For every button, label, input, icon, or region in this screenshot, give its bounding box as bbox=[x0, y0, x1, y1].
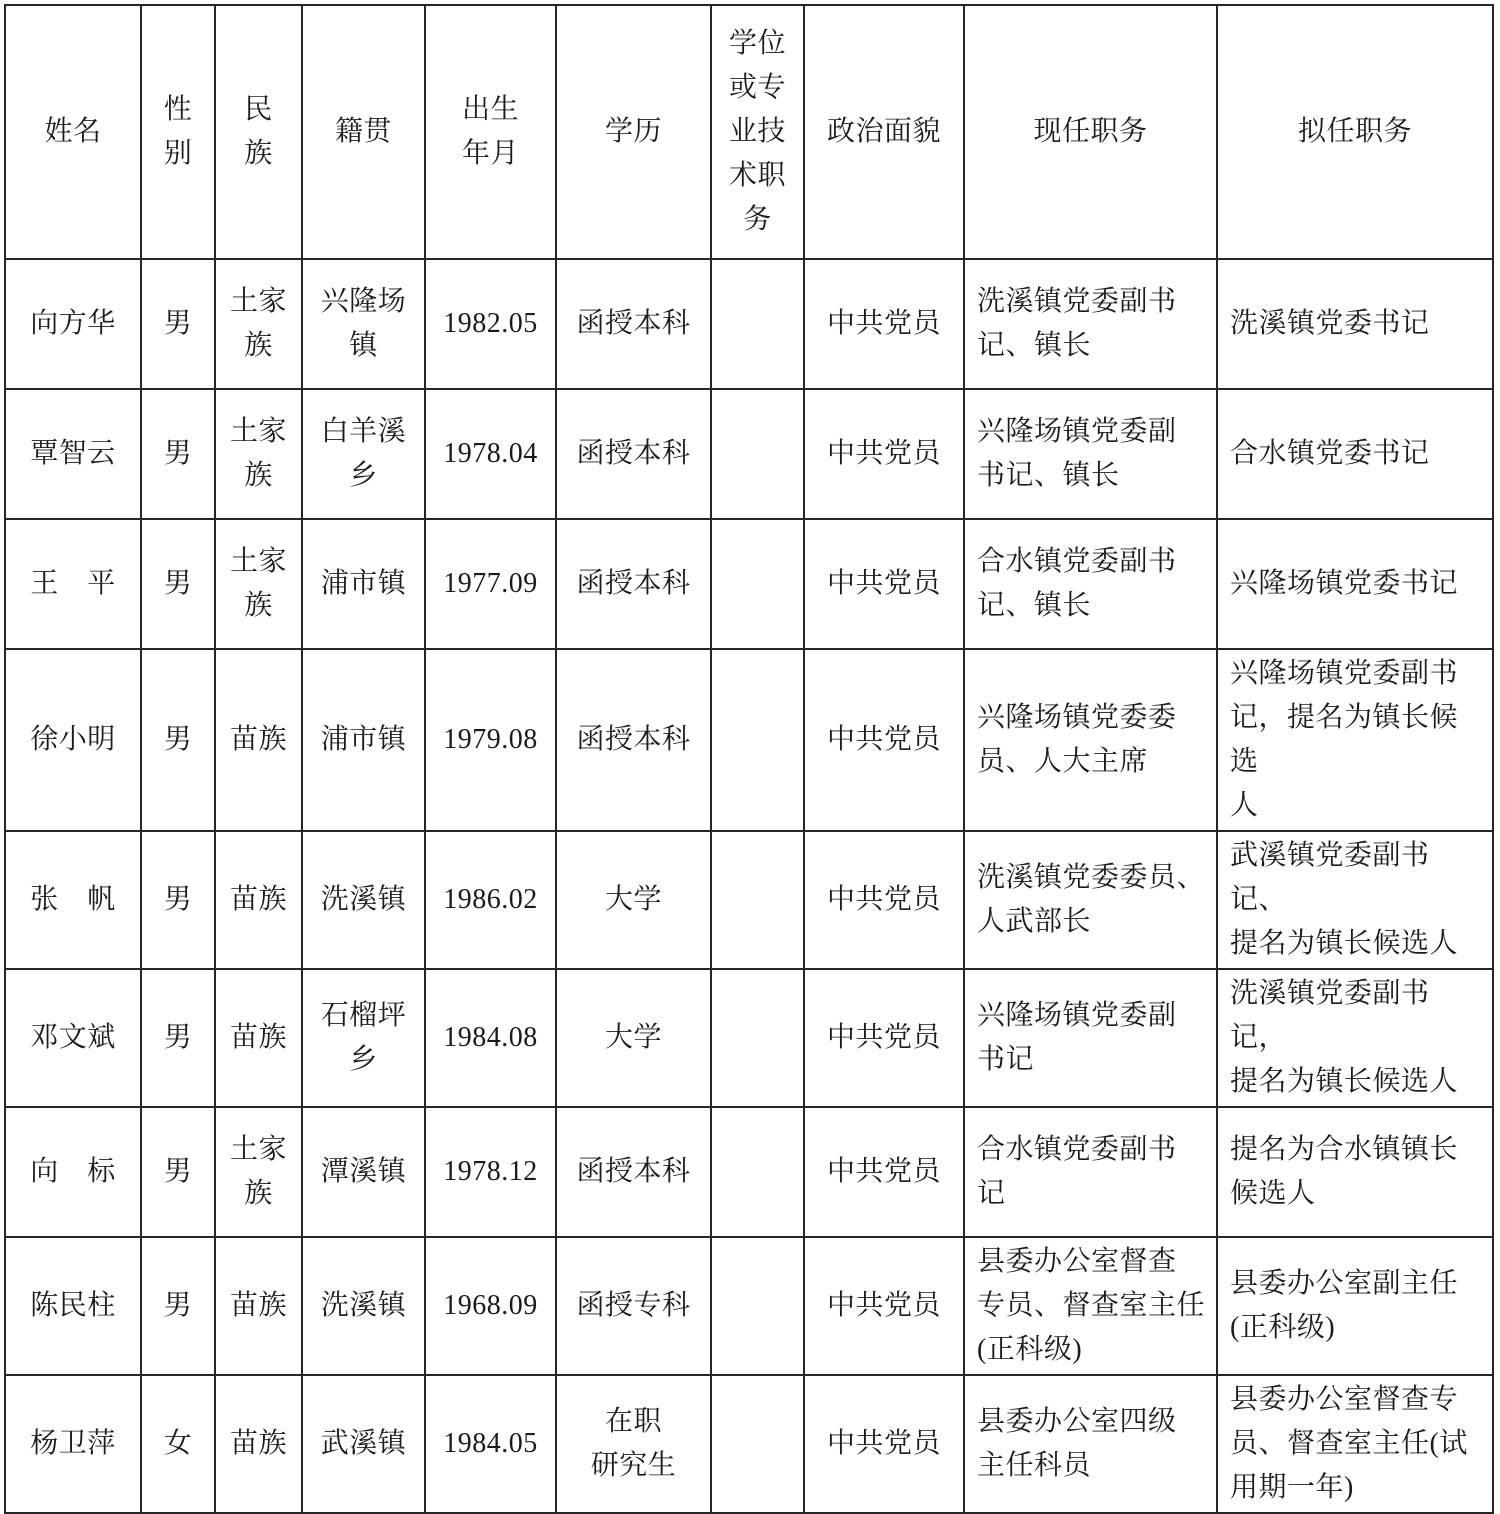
cell-current-position: 兴隆场镇党委副 书记、镇长 bbox=[964, 389, 1217, 519]
table-header: 姓名性 别民 族籍贯出生 年月学历学位 或专 业技 术职 务政治面貌现任职务拟任… bbox=[5, 5, 1493, 259]
cell-ethnicity: 土家 族 bbox=[215, 519, 302, 649]
cell-education: 函授本科 bbox=[556, 259, 711, 389]
cell-ethnicity: 苗族 bbox=[215, 1375, 302, 1513]
cell-education: 大学 bbox=[556, 969, 711, 1107]
cell-native-place: 兴隆场 镇 bbox=[302, 259, 425, 389]
table-row: 向方华男土家 族兴隆场 镇1982.05函授本科中共党员洗溪镇党委副书 记、镇长… bbox=[5, 259, 1493, 389]
cell-degree-or-professional-title bbox=[711, 1375, 804, 1513]
cell-education: 函授本科 bbox=[556, 519, 711, 649]
cell-name: 徐小明 bbox=[5, 649, 141, 831]
cell-political-status: 中共党员 bbox=[804, 1375, 964, 1513]
cell-ethnicity: 苗族 bbox=[215, 1237, 302, 1375]
cell-birth-date: 1986.02 bbox=[425, 831, 556, 969]
cell-proposed-position: 合水镇党委书记 bbox=[1217, 389, 1493, 519]
cell-gender: 男 bbox=[141, 1237, 215, 1375]
cell-native-place: 白羊溪 乡 bbox=[302, 389, 425, 519]
scanned-document-page: 姓名性 别民 族籍贯出生 年月学历学位 或专 业技 术职 务政治面貌现任职务拟任… bbox=[0, 0, 1500, 1426]
cell-political-status: 中共党员 bbox=[804, 389, 964, 519]
cell-degree-or-professional-title bbox=[711, 389, 804, 519]
cell-proposed-position: 兴隆场镇党委书记 bbox=[1217, 519, 1493, 649]
cell-political-status: 中共党员 bbox=[804, 1107, 964, 1237]
column-header-birth-date: 出生 年月 bbox=[425, 5, 556, 259]
cell-birth-date: 1978.04 bbox=[425, 389, 556, 519]
table-row: 邓文斌男苗族石榴坪 乡1984.08大学中共党员兴隆场镇党委副 书记洗溪镇党委副… bbox=[5, 969, 1493, 1107]
cell-gender: 女 bbox=[141, 1375, 215, 1513]
cell-name: 张 帆 bbox=[5, 831, 141, 969]
cell-gender: 男 bbox=[141, 389, 215, 519]
column-header-proposed-position: 拟任职务 bbox=[1217, 5, 1493, 259]
cell-political-status: 中共党员 bbox=[804, 519, 964, 649]
table-row: 张 帆男苗族洗溪镇1986.02大学中共党员洗溪镇党委委员、 人武部长武溪镇党委… bbox=[5, 831, 1493, 969]
cell-education: 函授专科 bbox=[556, 1237, 711, 1375]
table-body: 向方华男土家 族兴隆场 镇1982.05函授本科中共党员洗溪镇党委副书 记、镇长… bbox=[5, 259, 1493, 1513]
cell-birth-date: 1984.08 bbox=[425, 969, 556, 1107]
cell-native-place: 浦市镇 bbox=[302, 649, 425, 831]
cell-ethnicity: 土家 族 bbox=[215, 259, 302, 389]
cell-proposed-position: 兴隆场镇党委副书 记，提名为镇长候选 人 bbox=[1217, 649, 1493, 831]
cell-proposed-position: 洗溪镇党委书记 bbox=[1217, 259, 1493, 389]
cell-birth-date: 1978.12 bbox=[425, 1107, 556, 1237]
cell-degree-or-professional-title bbox=[711, 831, 804, 969]
cell-native-place: 浦市镇 bbox=[302, 519, 425, 649]
cell-political-status: 中共党员 bbox=[804, 969, 964, 1107]
column-header-ethnicity: 民 族 bbox=[215, 5, 302, 259]
column-header-education: 学历 bbox=[556, 5, 711, 259]
cell-native-place: 武溪镇 bbox=[302, 1375, 425, 1513]
cell-birth-date: 1979.08 bbox=[425, 649, 556, 831]
cell-ethnicity: 土家 族 bbox=[215, 1107, 302, 1237]
cell-name: 向 标 bbox=[5, 1107, 141, 1237]
cell-name: 杨卫萍 bbox=[5, 1375, 141, 1513]
cell-degree-or-professional-title bbox=[711, 519, 804, 649]
cell-birth-date: 1982.05 bbox=[425, 259, 556, 389]
cell-current-position: 合水镇党委副书 记 bbox=[964, 1107, 1217, 1237]
cell-native-place: 洗溪镇 bbox=[302, 1237, 425, 1375]
cell-education: 函授本科 bbox=[556, 649, 711, 831]
table-row: 陈民柱男苗族洗溪镇1968.09函授专科中共党员县委办公室督查 专员、督查室主任… bbox=[5, 1237, 1493, 1375]
cell-name: 邓文斌 bbox=[5, 969, 141, 1107]
table-row: 覃智云男土家 族白羊溪 乡1978.04函授本科中共党员兴隆场镇党委副 书记、镇… bbox=[5, 389, 1493, 519]
table-row: 徐小明男苗族浦市镇1979.08函授本科中共党员兴隆场镇党委委 员、人大主席兴隆… bbox=[5, 649, 1493, 831]
cell-ethnicity: 苗族 bbox=[215, 649, 302, 831]
cell-name: 覃智云 bbox=[5, 389, 141, 519]
column-header-degree-or-professional-title: 学位 或专 业技 术职 务 bbox=[711, 5, 804, 259]
cell-education: 函授本科 bbox=[556, 1107, 711, 1237]
cell-native-place: 石榴坪 乡 bbox=[302, 969, 425, 1107]
cell-degree-or-professional-title bbox=[711, 649, 804, 831]
cell-birth-date: 1977.09 bbox=[425, 519, 556, 649]
cell-political-status: 中共党员 bbox=[804, 259, 964, 389]
cell-name: 王 平 bbox=[5, 519, 141, 649]
personnel-appointment-table: 姓名性 别民 族籍贯出生 年月学历学位 或专 业技 术职 务政治面貌现任职务拟任… bbox=[4, 4, 1494, 1514]
cell-proposed-position: 洗溪镇党委副书记， 提名为镇长候选人 bbox=[1217, 969, 1493, 1107]
cell-political-status: 中共党员 bbox=[804, 649, 964, 831]
cell-current-position: 县委办公室四级 主任科员 bbox=[964, 1375, 1217, 1513]
cell-native-place: 洗溪镇 bbox=[302, 831, 425, 969]
cell-proposed-position: 县委办公室副主任 (正科级) bbox=[1217, 1237, 1493, 1375]
cell-gender: 男 bbox=[141, 831, 215, 969]
cell-gender: 男 bbox=[141, 1107, 215, 1237]
cell-political-status: 中共党员 bbox=[804, 831, 964, 969]
cell-degree-or-professional-title bbox=[711, 259, 804, 389]
table-row: 杨卫萍女苗族武溪镇1984.05在职 研究生中共党员县委办公室四级 主任科员县委… bbox=[5, 1375, 1493, 1513]
cell-proposed-position: 提名为合水镇镇长 候选人 bbox=[1217, 1107, 1493, 1237]
cell-degree-or-professional-title bbox=[711, 1237, 804, 1375]
cell-gender: 男 bbox=[141, 649, 215, 831]
cell-gender: 男 bbox=[141, 519, 215, 649]
cell-education: 函授本科 bbox=[556, 389, 711, 519]
cell-gender: 男 bbox=[141, 969, 215, 1107]
cell-current-position: 县委办公室督查 专员、督查室主任 (正科级) bbox=[964, 1237, 1217, 1375]
column-header-name: 姓名 bbox=[5, 5, 141, 259]
cell-proposed-position: 县委办公室督查专 员、督查室主任(试 用期一年) bbox=[1217, 1375, 1493, 1513]
table-row: 王 平男土家 族浦市镇1977.09函授本科中共党员合水镇党委副书 记、镇长兴隆… bbox=[5, 519, 1493, 649]
cell-gender: 男 bbox=[141, 259, 215, 389]
cell-name: 向方华 bbox=[5, 259, 141, 389]
column-header-gender: 性 别 bbox=[141, 5, 215, 259]
table-row: 向 标男土家 族潭溪镇1978.12函授本科中共党员合水镇党委副书 记提名为合水… bbox=[5, 1107, 1493, 1237]
cell-education: 大学 bbox=[556, 831, 711, 969]
cell-name: 陈民柱 bbox=[5, 1237, 141, 1375]
cell-education: 在职 研究生 bbox=[556, 1375, 711, 1513]
cell-current-position: 兴隆场镇党委副 书记 bbox=[964, 969, 1217, 1107]
cell-political-status: 中共党员 bbox=[804, 1237, 964, 1375]
cell-ethnicity: 土家 族 bbox=[215, 389, 302, 519]
cell-native-place: 潭溪镇 bbox=[302, 1107, 425, 1237]
cell-current-position: 兴隆场镇党委委 员、人大主席 bbox=[964, 649, 1217, 831]
cell-degree-or-professional-title bbox=[711, 1107, 804, 1237]
cell-current-position: 洗溪镇党委委员、 人武部长 bbox=[964, 831, 1217, 969]
column-header-current-position: 现任职务 bbox=[964, 5, 1217, 259]
cell-birth-date: 1968.09 bbox=[425, 1237, 556, 1375]
cell-current-position: 洗溪镇党委副书 记、镇长 bbox=[964, 259, 1217, 389]
cell-ethnicity: 苗族 bbox=[215, 969, 302, 1107]
cell-degree-or-professional-title bbox=[711, 969, 804, 1107]
cell-ethnicity: 苗族 bbox=[215, 831, 302, 969]
header-row: 姓名性 别民 族籍贯出生 年月学历学位 或专 业技 术职 务政治面貌现任职务拟任… bbox=[5, 5, 1493, 259]
cell-birth-date: 1984.05 bbox=[425, 1375, 556, 1513]
cell-current-position: 合水镇党委副书 记、镇长 bbox=[964, 519, 1217, 649]
column-header-political-status: 政治面貌 bbox=[804, 5, 964, 259]
column-header-native-place: 籍贯 bbox=[302, 5, 425, 259]
cell-proposed-position: 武溪镇党委副书记、 提名为镇长候选人 bbox=[1217, 831, 1493, 969]
